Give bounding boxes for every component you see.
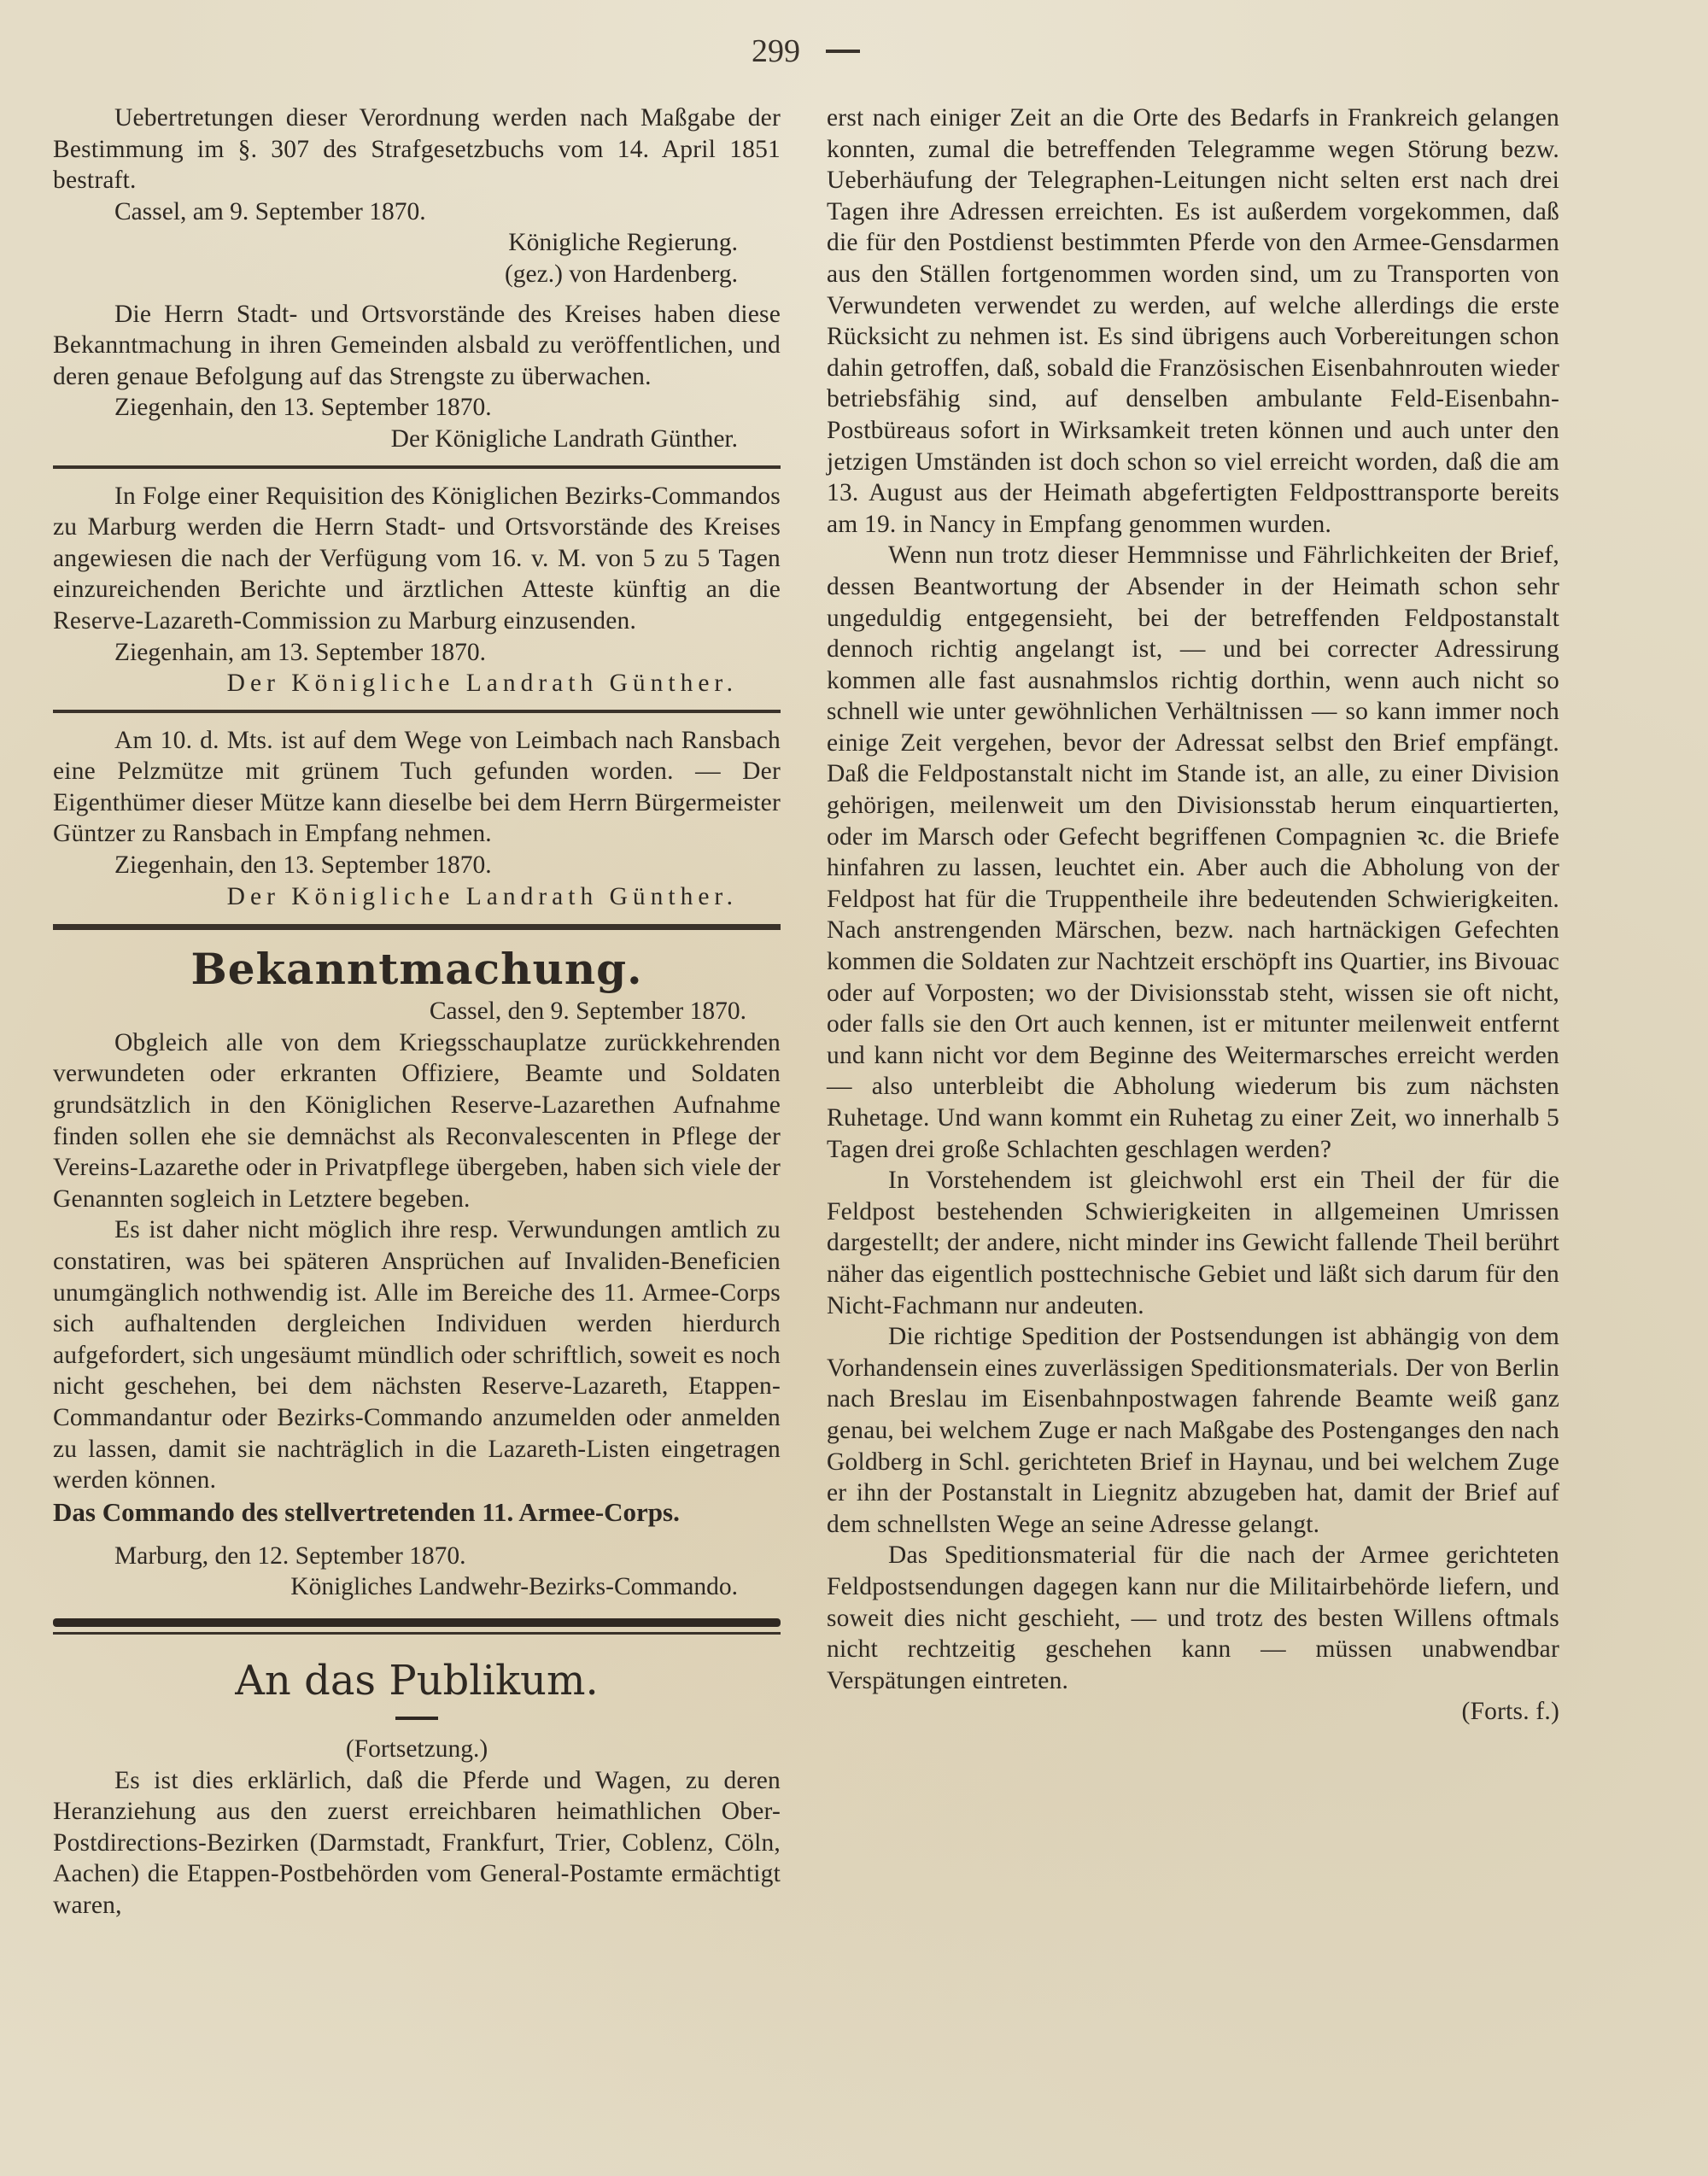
- section-heading: An das Publikum.: [53, 1657, 781, 1705]
- publikum-section: An das Publikum. (Fortsetzung.) Es ist d…: [53, 1657, 781, 1922]
- short-rule: [395, 1717, 438, 1720]
- notice-penalty: Uebertretungen dieser Verordnung werden …: [53, 102, 781, 290]
- bekanntmachung-section: Bekanntmachung. Cassel, den 9. September…: [53, 944, 781, 1603]
- notice-publication: Die Herrn Stadt- und Ortsvorstände des K…: [53, 299, 781, 455]
- section-signature: Königliches Landwehr-Bezirks-Commando.: [53, 1571, 781, 1603]
- notice-dateline: Ziegenhain, den 13. September 1870.: [53, 392, 781, 424]
- separator-rule-thick: [53, 924, 781, 930]
- notice-signature: (gez.) von Hardenberg.: [53, 259, 781, 290]
- notice-signature: Der Königliche Landrath Günther.: [53, 881, 781, 913]
- newspaper-page: 299 Uebertretungen dieser Verordnung wer…: [0, 0, 1708, 2176]
- section-paragraph: Es ist dies erklärlich, daß die Pferde u…: [53, 1765, 781, 1922]
- notice-body: Uebertretungen dieser Verordnung werden …: [53, 102, 781, 196]
- section-paragraph: Obgleich alle von dem Kriegsschauplatze …: [53, 1027, 781, 1215]
- section-paragraph: Es ist daher nicht möglich ihre resp. Ve…: [53, 1214, 781, 1495]
- notice-signature: Der Königliche Landrath Günther.: [53, 668, 781, 699]
- right-column: erst nach einiger Zeit an die Orte des B…: [827, 102, 1559, 1728]
- notice-authority: Königliche Regierung.: [53, 227, 781, 259]
- header-dash: [826, 50, 860, 53]
- section-dateline: Cassel, den 9. September 1870.: [53, 996, 781, 1027]
- page-header: 299: [752, 26, 1008, 77]
- notice-requisition: In Folge einer Requisition des Königlich…: [53, 481, 781, 699]
- separator-rule: [53, 465, 781, 469]
- notice-found-cap: Am 10. d. Mts. ist auf dem Wege von Leim…: [53, 725, 781, 913]
- page-number: 299: [752, 32, 800, 70]
- notice-body: Die Herrn Stadt- und Ortsvorstände des K…: [53, 299, 781, 393]
- notice-signature: Der Königliche Landrath Günther.: [53, 424, 781, 455]
- article-paragraph: In Vorstehendem ist gleichwohl erst ein …: [827, 1165, 1559, 1321]
- notice-dateline: Cassel, am 9. September 1870.: [53, 196, 781, 228]
- notice-body: In Folge einer Requisition des Königlich…: [53, 481, 781, 637]
- notice-dateline: Ziegenhain, am 13. September 1870.: [53, 637, 781, 669]
- section-heading: Bekanntmachung.: [53, 944, 781, 994]
- continued-note: (Forts. f.): [827, 1696, 1559, 1728]
- article-paragraph: Die richtige Spedition der Postsendungen…: [827, 1321, 1559, 1540]
- article-paragraph: Wenn nun trotz dieser Hemmnisse und Fähr…: [827, 540, 1559, 1165]
- notice-dateline: Ziegenhain, den 13. September 1870.: [53, 850, 781, 881]
- section-subtitle: (Fortsetzung.): [53, 1734, 781, 1765]
- separator-rule: [53, 710, 781, 713]
- left-column: Uebertretungen dieser Verordnung werden …: [53, 102, 781, 1922]
- section-authority: Das Commando des stellvertretenden 11. A…: [53, 1496, 781, 1529]
- section-dateline-2: Marburg, den 12. September 1870.: [53, 1541, 781, 1572]
- separator-double-rule: [53, 1618, 781, 1635]
- notice-body: Am 10. d. Mts. ist auf dem Wege von Leim…: [53, 725, 781, 850]
- article-paragraph: erst nach einiger Zeit an die Orte des B…: [827, 102, 1559, 540]
- article-paragraph: Das Speditionsmaterial für die nach der …: [827, 1540, 1559, 1696]
